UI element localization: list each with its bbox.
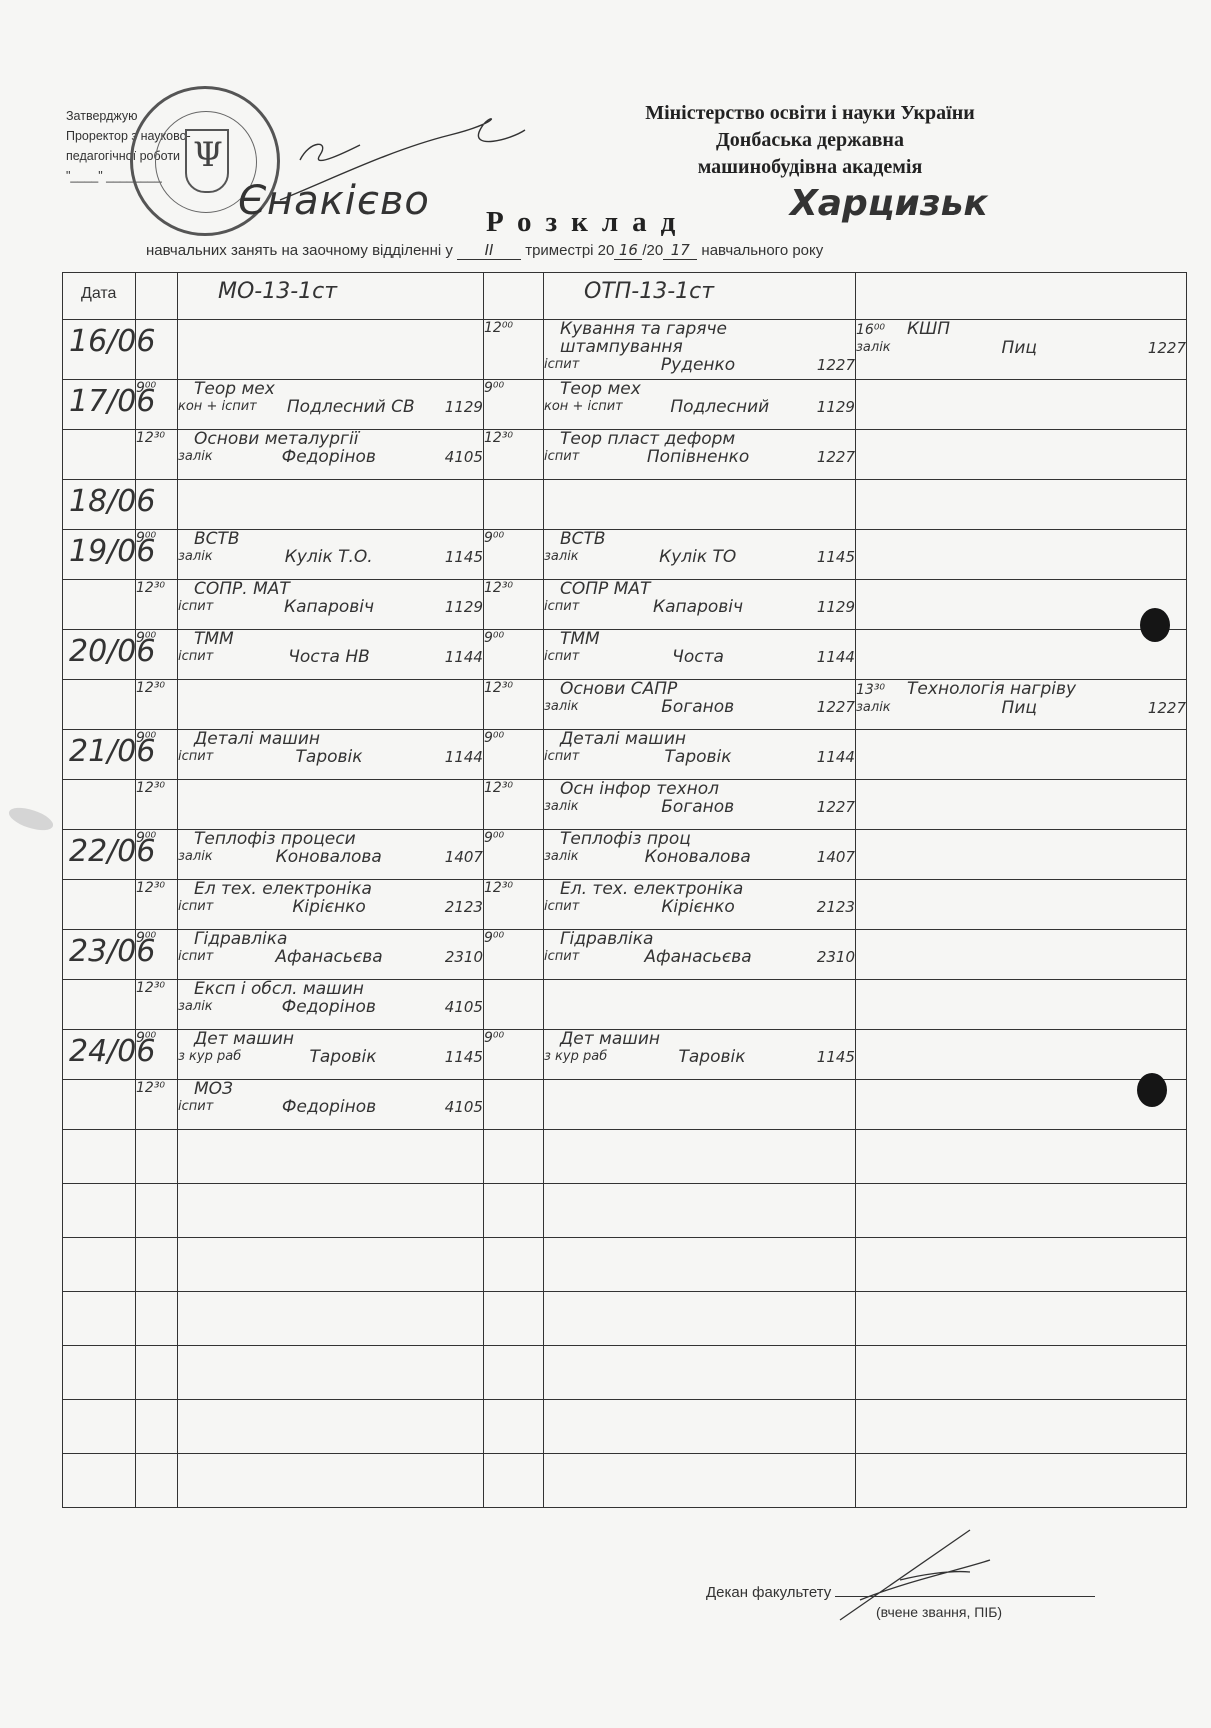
class-cell: Дет машинз кур рабТаровік1145	[178, 1030, 484, 1080]
subject	[856, 379, 872, 399]
table-row: 12³⁰12³⁰Осн інфор технолзалікБоганов1227	[63, 780, 1187, 830]
exam-type: іспит	[544, 648, 579, 666]
ink-blot	[1140, 608, 1170, 642]
table-row: 18/06	[63, 480, 1187, 530]
subject: СОПР. МАТ	[178, 580, 483, 598]
exam-type: залік	[544, 698, 579, 716]
table-row: 24/069⁰⁰Дет машинз кур рабТаровік11459⁰⁰…	[63, 1030, 1187, 1080]
time-cell: 9⁰⁰	[484, 530, 544, 580]
dean-label: Декан факультету	[706, 1584, 831, 1601]
time-cell: 12³⁰	[136, 430, 178, 480]
date-cell	[63, 980, 136, 1030]
class-cell	[178, 780, 484, 830]
class-cell	[856, 930, 1187, 980]
class-cell	[856, 830, 1187, 880]
subject: Теор мех	[544, 380, 855, 398]
subtitle-prefix: навчальних занять на заочному відділенні…	[146, 242, 453, 259]
subject: Кування та гаряче штампування	[544, 320, 855, 356]
subject: ТММ	[178, 630, 483, 648]
teacher: Федорінов	[282, 1098, 376, 1116]
exam-type: іспит	[178, 648, 213, 666]
teacher: Подлесний СВ	[287, 398, 415, 416]
exam-type: з кур раб	[544, 1048, 607, 1066]
room: 1144	[445, 648, 483, 666]
class-cell	[544, 1080, 856, 1130]
time-cell: 12³⁰	[136, 1080, 178, 1130]
subject: Основи металургії	[178, 430, 483, 448]
subject	[856, 879, 872, 899]
room: 4105	[445, 448, 483, 466]
class-cell	[856, 480, 1187, 530]
teacher: Афанасьєва	[275, 948, 382, 966]
room: 1129	[817, 398, 855, 416]
time-cell: 12³⁰	[484, 880, 544, 930]
teacher: Капаровіч	[653, 598, 743, 616]
group-header: МО-13-1ст	[178, 273, 484, 320]
teacher: Коновалова	[645, 848, 751, 866]
table-row: 23/069⁰⁰ГідравлікаіспитАфанасьєва23109⁰⁰…	[63, 930, 1187, 980]
time-cell: 9⁰⁰	[136, 530, 178, 580]
subject: ВСТВ	[178, 530, 483, 548]
class-cell	[856, 380, 1187, 430]
time-cell	[484, 1080, 544, 1130]
table-row: 22/069⁰⁰Теплофіз процесизалікКоновалова1…	[63, 830, 1187, 880]
time-cell: 12³⁰	[136, 880, 178, 930]
room: 1407	[817, 848, 855, 866]
page-title: Розклад	[486, 206, 689, 239]
empty-row	[63, 1184, 1187, 1238]
class-cell: Деталі машиніспитТаровік1144	[178, 730, 484, 780]
subject: Основи САПР	[544, 680, 855, 698]
time-cell: 9⁰⁰	[484, 630, 544, 680]
class-cell	[856, 580, 1187, 630]
time-cell	[484, 480, 544, 530]
subject	[856, 529, 872, 549]
date-cell	[63, 780, 136, 830]
table-row: 21/069⁰⁰Деталі машиніспитТаровік11449⁰⁰Д…	[63, 730, 1187, 780]
class-cell	[856, 780, 1187, 830]
teacher: Таровік	[296, 748, 363, 766]
city-left-handwritten: Єнакієво	[238, 178, 430, 224]
teacher: Таровік	[679, 1048, 746, 1066]
class-cell	[856, 630, 1187, 680]
class-cell: Теплофіз процесизалікКоновалова1407	[178, 830, 484, 880]
subject: МОЗ	[178, 1080, 483, 1098]
subject: Теплофіз проц	[544, 830, 855, 848]
exam-type: залік	[544, 798, 579, 816]
time-cell: 12³⁰	[136, 580, 178, 630]
class-cell: ВСТВзалікКулік ТО1145	[544, 530, 856, 580]
room: 1129	[445, 398, 483, 416]
date-cell: 19/06	[63, 530, 136, 580]
teacher: Таровік	[310, 1048, 377, 1066]
teacher: Кулік Т.О.	[285, 548, 373, 566]
time-cell: 9⁰⁰	[136, 1030, 178, 1080]
date-cell	[63, 430, 136, 480]
exam-type: іспит	[544, 898, 579, 916]
class-cell: СОПР МАТіспитКапаровіч1129	[544, 580, 856, 630]
exam-type: залік	[544, 548, 579, 566]
subject	[856, 1029, 872, 1049]
class-cell: Кування та гаряче штампуванняіспитРуденк…	[544, 320, 856, 380]
room: 1145	[817, 548, 855, 566]
time-cell: 9⁰⁰	[136, 730, 178, 780]
subject: Теор пласт деформ	[544, 430, 855, 448]
room: 2123	[445, 898, 483, 916]
room: 1227	[817, 356, 855, 374]
exam-type: іспит	[178, 598, 213, 616]
subtitle-slash: /20	[642, 242, 663, 259]
subject: Осн інфор технол	[544, 780, 855, 798]
room: 1129	[817, 598, 855, 616]
class-cell: ТММіспитЧоста1144	[544, 630, 856, 680]
teacher: Пиц	[1002, 699, 1037, 717]
class-cell	[178, 480, 484, 530]
room: 1145	[445, 1048, 483, 1066]
date-cell: 23/06	[63, 930, 136, 980]
teacher: Подлесний	[670, 398, 769, 416]
teacher: Кулік ТО	[659, 548, 736, 566]
room: 4105	[445, 1098, 483, 1116]
room: 1144	[817, 748, 855, 766]
date-cell: 18/06	[63, 480, 136, 530]
time-cell: 9⁰⁰	[136, 930, 178, 980]
room: 1144	[817, 648, 855, 666]
teacher: Кірієнко	[661, 898, 734, 916]
dean-signature-line: Декан факультету	[706, 1584, 1095, 1601]
table-row: 12³⁰МОЗіспитФедорінов4105	[63, 1080, 1187, 1130]
time-cell: 12³⁰	[136, 980, 178, 1030]
class-cell: Ел тех. електронікаіспитКірієнко2123	[178, 880, 484, 930]
class-cell	[856, 880, 1187, 930]
room: 4105	[445, 998, 483, 1016]
date-cell	[63, 1080, 136, 1130]
class-cell: Теор мехкон + іспитПодлесний1129	[544, 380, 856, 430]
table-row: 16/0612⁰⁰Кування та гаряче штампуванняіс…	[63, 320, 1187, 380]
class-cell: СОПР. МАТіспитКапаровіч1129	[178, 580, 484, 630]
subject: ТММ	[544, 630, 855, 648]
table-row: 12³⁰СОПР. МАТіспитКапаровіч112912³⁰СОПР …	[63, 580, 1187, 630]
date-cell	[63, 880, 136, 930]
exam-type: іспит	[544, 748, 579, 766]
subject	[856, 579, 872, 599]
time-cell: 9⁰⁰	[484, 380, 544, 430]
class-cell	[856, 430, 1187, 480]
time-cell: 9⁰⁰	[136, 630, 178, 680]
subject: Дет машин	[178, 1030, 483, 1048]
scan-smudge	[6, 803, 55, 834]
exam-type: іспит	[178, 1098, 213, 1116]
exam-type: залік	[856, 699, 891, 717]
empty-row	[63, 1292, 1187, 1346]
city-right-handwritten: Харцизьк	[790, 183, 988, 224]
class-cell	[856, 730, 1187, 780]
subject: Гідравліка	[178, 930, 483, 948]
subject: Теплофіз процеси	[178, 830, 483, 848]
year-start: 16	[614, 241, 642, 260]
teacher: Пиц	[1002, 339, 1037, 357]
class-cell	[544, 480, 856, 530]
exam-type: залік	[178, 548, 213, 566]
class-cell: ТММіспитЧоста НВ1144	[178, 630, 484, 680]
time-label: 16⁰⁰	[856, 322, 891, 338]
teacher: Чоста НВ	[288, 648, 370, 666]
schedule-table: Дата МО-13-1ст ОТП-13-1ст 16/0612⁰⁰Куван…	[62, 272, 1187, 1508]
subject	[856, 729, 872, 749]
table-header-row: Дата МО-13-1ст ОТП-13-1ст	[63, 273, 1187, 320]
trimester-value: ІІ	[457, 241, 521, 260]
class-cell	[178, 680, 484, 730]
subject: Ел тех. електроніка	[178, 880, 483, 898]
class-cell: Теплофіз процзалікКоновалова1407	[544, 830, 856, 880]
subject: СОПР МАТ	[544, 580, 855, 598]
empty-row	[63, 1238, 1187, 1292]
time-cell: 9⁰⁰	[484, 1030, 544, 1080]
room: 1145	[445, 548, 483, 566]
subject: Технологія нагріву	[891, 679, 1076, 699]
class-cell	[856, 980, 1187, 1030]
time-cell: 9⁰⁰	[484, 830, 544, 880]
date-cell: 24/06	[63, 1030, 136, 1080]
time-cell	[136, 480, 178, 530]
room: 2310	[445, 948, 483, 966]
subject: Деталі машин	[178, 730, 483, 748]
table-row: 12³⁰Основи металургіїзалікФедорінов41051…	[63, 430, 1187, 480]
class-cell: ГідравлікаіспитАфанасьєва2310	[544, 930, 856, 980]
exam-type: залік	[544, 848, 579, 866]
subject	[856, 1079, 872, 1099]
coat-of-arms-icon	[185, 129, 229, 193]
class-cell	[856, 1030, 1187, 1080]
exam-type: залік	[178, 998, 213, 1016]
time-cell: 9⁰⁰	[136, 830, 178, 880]
subject: ВСТВ	[544, 530, 855, 548]
time-cell: 12³⁰	[136, 780, 178, 830]
class-cell	[544, 980, 856, 1030]
date-cell: 22/06	[63, 830, 136, 880]
table-row: 19/069⁰⁰ВСТВзалікКулік Т.О.11459⁰⁰ВСТВза…	[63, 530, 1187, 580]
subject: Дет машин	[544, 1030, 855, 1048]
subject: Деталі машин	[544, 730, 855, 748]
exam-type: залік	[856, 339, 891, 357]
time-cell: 12³⁰	[484, 430, 544, 480]
subject: Ел. тех. електроніка	[544, 880, 855, 898]
time-cell: 12³⁰	[136, 680, 178, 730]
year-end: 17	[663, 241, 697, 260]
subtitle-suffix: навчального року	[701, 242, 823, 259]
time-cell: 12⁰⁰	[484, 320, 544, 380]
teacher: Афанасьєва	[644, 948, 751, 966]
room: 1144	[445, 748, 483, 766]
empty-row	[63, 1130, 1187, 1184]
subject	[856, 929, 872, 949]
teacher: Кірієнко	[292, 898, 365, 916]
empty-row	[63, 1346, 1187, 1400]
teacher: Чоста	[672, 648, 724, 666]
exam-type: іспит	[544, 598, 579, 616]
room: 1227	[1148, 699, 1186, 717]
date-cell	[63, 580, 136, 630]
class-cell: Деталі машиніспитТаровік1144	[544, 730, 856, 780]
room: 1227	[817, 698, 855, 716]
exam-type: кон + іспит	[178, 398, 257, 416]
subject	[856, 779, 872, 799]
exam-type: іспит	[544, 948, 579, 966]
exam-type: іспит	[544, 448, 579, 466]
time-cell: 12³⁰	[484, 680, 544, 730]
subject	[856, 629, 872, 649]
room: 1227	[817, 448, 855, 466]
subject	[856, 479, 872, 499]
exam-type: іспит	[178, 898, 213, 916]
class-cell	[856, 530, 1187, 580]
class-cell: МОЗіспитФедорінов4105	[178, 1080, 484, 1130]
class-cell: 13³⁰Технологія нагрівузалікПиц1227	[856, 680, 1187, 730]
subject: Експ і обсл. машин	[178, 980, 483, 998]
class-cell: Основи САПРзалікБоганов1227	[544, 680, 856, 730]
teacher: Федорінов	[282, 998, 376, 1016]
time-cell: 12³⁰	[484, 780, 544, 830]
table-row: 12³⁰Ел тех. електронікаіспитКірієнко2123…	[63, 880, 1187, 930]
table-row: 17/069⁰⁰Теор мехкон + іспитПодлесний СВ1…	[63, 380, 1187, 430]
empty-row	[63, 1400, 1187, 1454]
exam-type: іспит	[544, 356, 579, 374]
class-cell: Основи металургіїзалікФедорінов4105	[178, 430, 484, 480]
exam-type: залік	[178, 448, 213, 466]
ink-blot	[1137, 1073, 1167, 1107]
time-cell	[136, 320, 178, 380]
group-header: ОТП-13-1ст	[544, 273, 856, 320]
exam-type: іспит	[178, 948, 213, 966]
room: 1145	[817, 1048, 855, 1066]
ministry-line: машинобудівна академія	[560, 154, 1060, 181]
date-cell: 16/06	[63, 320, 136, 380]
empty-row	[63, 1454, 1187, 1508]
time-cell: 12³⁰	[484, 580, 544, 630]
ministry-header: Міністерство освіти і науки України Донб…	[560, 100, 1060, 181]
time-cell: 9⁰⁰	[484, 930, 544, 980]
teacher: Руденко	[661, 356, 735, 374]
group-header	[856, 273, 1187, 320]
subtitle: навчальних занять на заочному відділенні…	[146, 241, 823, 260]
exam-type: кон + іспит	[544, 398, 623, 416]
subject	[856, 429, 872, 449]
date-cell: 20/06	[63, 630, 136, 680]
subject	[856, 829, 872, 849]
room: 1227	[817, 798, 855, 816]
ministry-line: Міністерство освіти і науки України	[560, 100, 1060, 127]
table-row: 12³⁰12³⁰Основи САПРзалікБоганов122713³⁰Т…	[63, 680, 1187, 730]
teacher: Коновалова	[276, 848, 382, 866]
date-header: Дата	[63, 273, 136, 320]
class-cell: Осн інфор технолзалікБоганов1227	[544, 780, 856, 830]
room: 1129	[445, 598, 483, 616]
class-cell: Теор пласт деформіспитПопівненко1227	[544, 430, 856, 480]
teacher: Федорінов	[282, 448, 376, 466]
dean-hint: (вчене звання, ПІБ)	[876, 1604, 1002, 1620]
ministry-line: Донбаська державна	[560, 127, 1060, 154]
exam-type: з кур раб	[178, 1048, 241, 1066]
class-cell: 16⁰⁰КШПзалікПиц1227	[856, 320, 1187, 380]
exam-type: залік	[178, 848, 213, 866]
time-cell: 9⁰⁰	[484, 730, 544, 780]
room: 2310	[817, 948, 855, 966]
exam-type: іспит	[178, 748, 213, 766]
subject	[856, 979, 872, 999]
table-row: 20/069⁰⁰ТММіспитЧоста НВ11449⁰⁰ТММіспитЧ…	[63, 630, 1187, 680]
subject: Гідравліка	[544, 930, 855, 948]
date-cell: 21/06	[63, 730, 136, 780]
room: 1407	[445, 848, 483, 866]
subtitle-mid: триместрі 20	[525, 242, 614, 259]
class-cell: ВСТВзалікКулік Т.О.1145	[178, 530, 484, 580]
teacher: Капаровіч	[284, 598, 374, 616]
teacher: Боганов	[661, 798, 734, 816]
class-cell: Теор мехкон + іспитПодлесний СВ1129	[178, 380, 484, 430]
room: 2123	[817, 898, 855, 916]
time-label: 13³⁰	[856, 682, 891, 698]
class-cell: Дет машинз кур рабТаровік1145	[544, 1030, 856, 1080]
teacher: Боганов	[661, 698, 734, 716]
table-row: 12³⁰Експ і обсл. машинзалікФедорінов4105	[63, 980, 1187, 1030]
class-cell: Ел. тех. електронікаіспитКірієнко2123	[544, 880, 856, 930]
class-cell	[178, 320, 484, 380]
room: 1227	[1148, 339, 1186, 357]
subject: Теор мех	[178, 380, 483, 398]
date-cell: 17/06	[63, 380, 136, 430]
subject: КШП	[891, 319, 950, 339]
teacher: Попівненко	[647, 448, 749, 466]
teacher: Таровік	[665, 748, 732, 766]
time-cell: 9⁰⁰	[136, 380, 178, 430]
class-cell: Експ і обсл. машинзалікФедорінов4105	[178, 980, 484, 1030]
time-cell	[484, 980, 544, 1030]
date-cell	[63, 680, 136, 730]
class-cell: ГідравлікаіспитАфанасьєва2310	[178, 930, 484, 980]
